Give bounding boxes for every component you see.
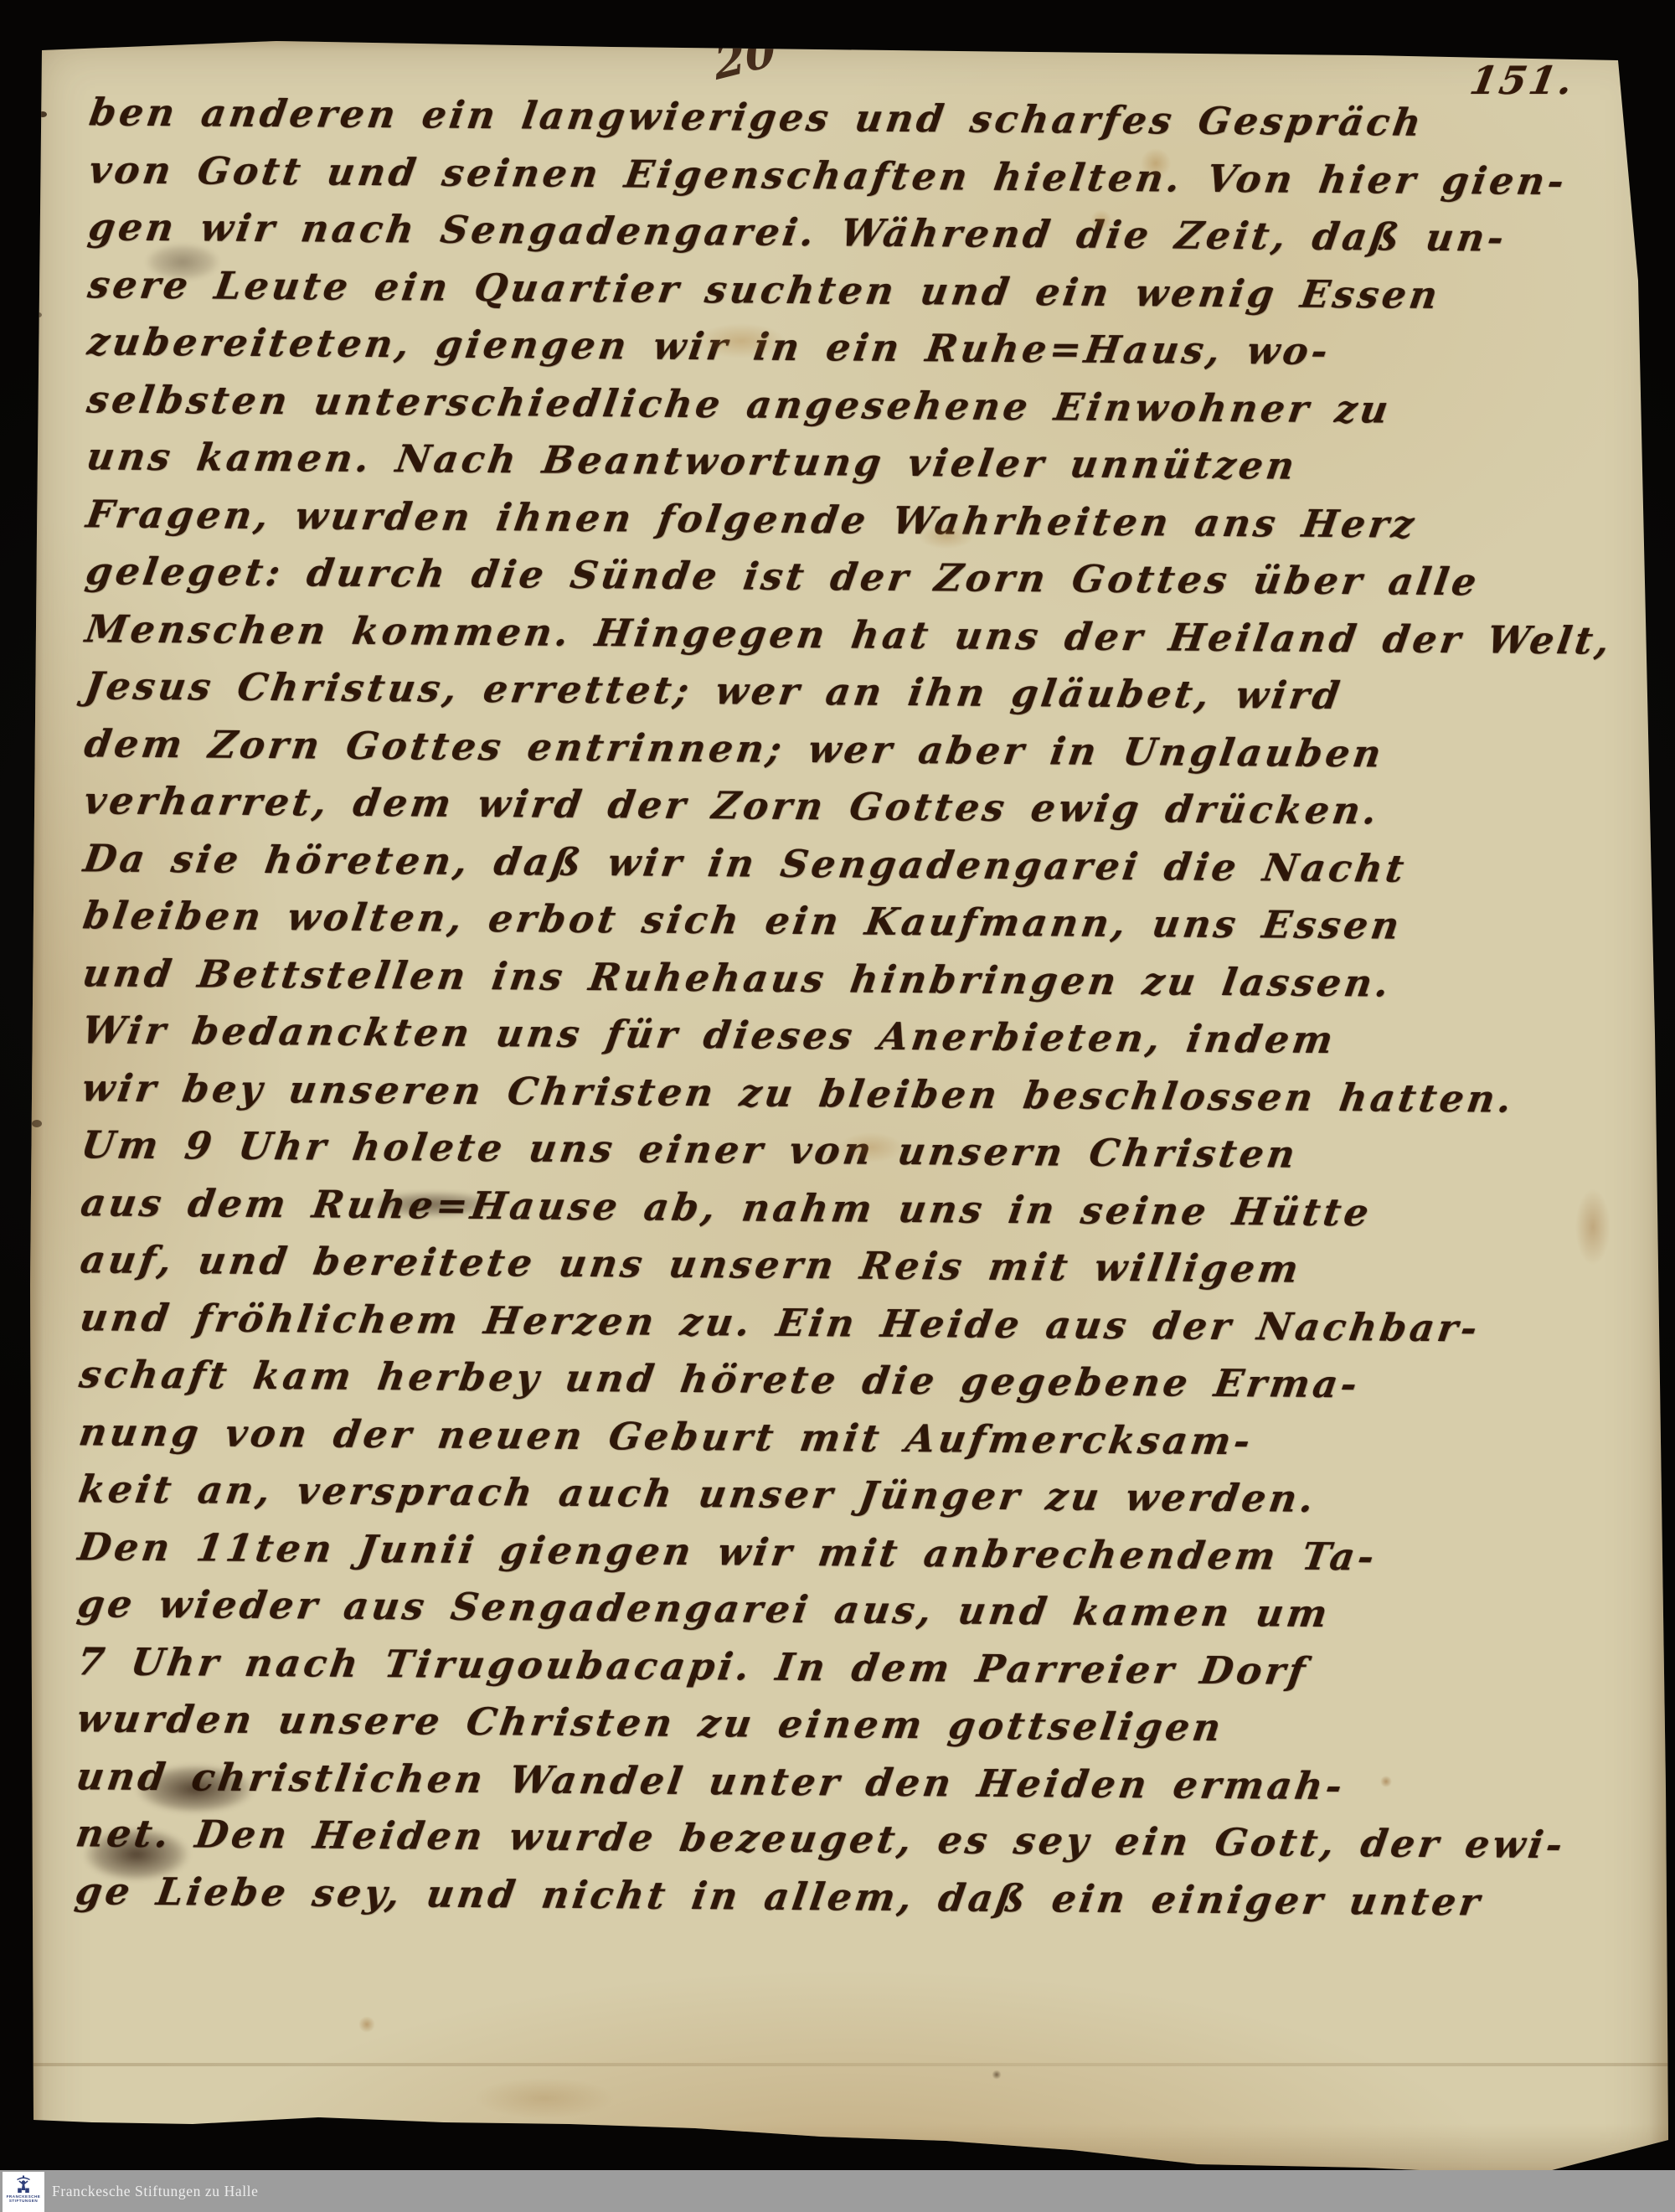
manuscript-line: schaft kam herbey und hörete die gegeben… (75, 1346, 1524, 1415)
manuscript-line: auf, und bereitete uns unsern Reis mit w… (76, 1231, 1525, 1300)
manuscript-line: zubereiteten, giengen wir in ein Ruhe=Ha… (84, 313, 1533, 382)
franckesche-stiftungen-logo: FRANCKESCHE STIFTUNGEN (3, 2172, 44, 2212)
edge-fleck (35, 312, 42, 317)
manuscript-text-block: ben anderen ein langwieriges und scharfe… (71, 84, 1526, 1931)
manuscript-line: uns kamen. Nach Beantwortung vieler unnü… (83, 428, 1532, 497)
footer-watermark-bar: FRANCKESCHE STIFTUNGEN Franckesche Stift… (0, 2170, 1675, 2212)
manuscript-line: ge Liebe sey, und nicht in allem, daß ei… (71, 1863, 1520, 1931)
footer-title: Franckesche Stiftungen zu Halle (52, 2183, 259, 2200)
francke-emblem-icon (13, 2174, 33, 2194)
manuscript-line: keit an, versprach auch unser Jünger zu … (75, 1461, 1523, 1529)
manuscript-line: verharret, dem wird der Zorn Gottes ewig… (80, 772, 1529, 841)
edge-fleck (32, 1120, 42, 1127)
manuscript-line: Um 9 Uhr holete uns einer von unsern Chr… (77, 1116, 1526, 1185)
manuscript-line: ben anderen ein langwieriges und scharfe… (85, 84, 1534, 152)
logo-text-line2: STIFTUNGEN (9, 2199, 38, 2203)
manuscript-line: ge wieder aus Sengadengarei aus, und kam… (74, 1575, 1523, 1644)
header-flourish: 20 (712, 22, 779, 90)
manuscript-line: gen wir nach Sengadengarei. Während die … (85, 199, 1533, 267)
manuscript-page: 20 151. ben anderen ein langwieriges und… (25, 29, 1671, 2203)
manuscript-line: bleiben wolten, erbot sich ein Kaufmann,… (80, 887, 1528, 956)
edge-fleck (39, 111, 47, 117)
scan-background: 20 151. ben anderen ein langwieriges und… (0, 0, 1675, 2212)
manuscript-line: wurden unsere Christen zu einem gottseli… (73, 1690, 1522, 1759)
manuscript-line: geleget: durch die Sünde ist der Zorn Go… (82, 543, 1531, 611)
manuscript-line: net. Den Heiden wurde bezeuget, es sey e… (72, 1805, 1521, 1874)
fold-crease (25, 2063, 1671, 2066)
manuscript-line: Jesus Christus, errettet; wer an ihn glä… (81, 657, 1530, 726)
manuscript-line: Wir bedanckten uns für dieses Anerbieten… (78, 1002, 1527, 1070)
